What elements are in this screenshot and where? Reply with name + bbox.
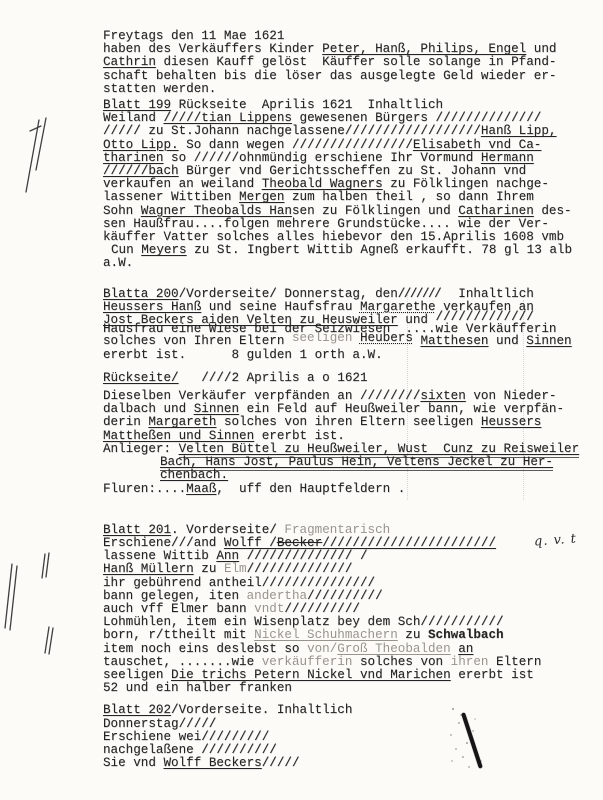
blatt-201-vorderseite: Blatt 201. Vorderseite/ FragmentarischEr…: [103, 524, 600, 696]
text-segment: seeligen: [292, 331, 360, 345]
text-segment: Otto Lipp.: [103, 138, 179, 152]
text-line: Cun Meyers zu St. Ingbert Wittib Agneß e…: [111, 244, 600, 257]
text-segment: Groß Theobalden: [337, 642, 450, 656]
text-segment: Fluren:....: [103, 482, 186, 496]
document-text: Freytags den 11 Mae 1621haben des Verkäu…: [103, 30, 600, 770]
text-segment: Margareth: [148, 415, 216, 429]
text-segment: Schwalbach: [428, 628, 504, 642]
blatt-202-vorderseite: Blatt 202/Vorderseite. InhaltlichDonners…: [103, 704, 600, 770]
text-segment: Weiland: [103, 111, 163, 125]
text-segment: tauschet, .......wie: [103, 655, 262, 669]
text-segment: Wolff Beckers: [163, 756, 261, 770]
text-segment: zu: [398, 628, 428, 642]
text-segment: Die trichs Petern Nickel vnd Marichen: [171, 668, 451, 682]
text-segment: //////////: [284, 602, 360, 616]
text-segment: sen Haußfrau....folgen mehrere Grundstüc…: [103, 217, 549, 231]
blatt-199-rueckseite: Blatt 199 Rückseite Aprilis 1621 Inhaltl…: [103, 99, 600, 271]
text-segment: Catharinen: [458, 204, 534, 218]
text-segment: Eltern: [488, 655, 541, 669]
text-segment: lassene Wittib: [103, 549, 216, 563]
text-segment: /////tian Lippens: [163, 111, 291, 125]
text-segment: nachgelaßene //////////: [103, 743, 277, 757]
text-segment: Wagner Theobalds Han: [141, 204, 292, 218]
text-segment: zu: [194, 562, 224, 576]
text-segment: und: [488, 334, 526, 348]
text-line: ererbt ist. 8 gulden 1 orth a.W.: [103, 349, 600, 362]
text-segment: /////////////: [436, 310, 534, 324]
text-segment: /////: [262, 756, 300, 770]
text-segment: Sinnen: [526, 334, 571, 348]
text-segment: andertha: [247, 589, 307, 603]
text-segment: ihr gebührend antheil///////////////: [103, 576, 375, 590]
text-segment: Rückseite/: [103, 371, 179, 385]
text-segment: Hanß Müllern: [103, 562, 194, 576]
text-segment: derin: [103, 415, 148, 429]
text-segment: statten werden.: [103, 82, 216, 96]
text-segment: Wolff /: [224, 536, 277, 550]
text-segment: born, r/ttheilt mit: [103, 628, 254, 642]
text-segment: dalbach und: [103, 402, 194, 416]
text-segment: ////////////// /: [239, 549, 367, 563]
text-segment: . Vorderseite/: [171, 523, 284, 537]
text-segment: item noch eins deslebst so: [103, 642, 307, 656]
text-segment: Elm: [224, 562, 247, 576]
text-segment: /Vorderseite. Inhaltlich: [171, 703, 352, 717]
text-segment: zum halben theil , so dann Ihrem: [284, 190, 533, 204]
text-segment: seeligen: [103, 668, 171, 682]
scanned-document-page: Freytags den 11 Mae 1621haben des Verkäu…: [0, 0, 603, 800]
text-segment: haben des Verkäuffers Kinder: [103, 42, 322, 56]
text-segment: zu Fölklingen nachge-: [383, 177, 549, 191]
text-segment: //////////////: [247, 562, 353, 576]
text-segment: Hanß Lipp,: [481, 124, 557, 138]
text-segment: Sinnen: [194, 402, 239, 416]
text-segment: Dieselben Verkäufer verpfänden an //////…: [103, 389, 420, 403]
text-segment: Nickel Schuhmachern: [254, 628, 398, 642]
text-segment: Inhaltlich: [443, 287, 534, 301]
text-segment: zu St. Ingbert Wittib Agneß erkaufft. 78…: [187, 243, 572, 257]
text-segment: Mattheßen und Sinnen: [103, 429, 254, 443]
text-segment: Freytags den 11 Mae 1621: [103, 29, 284, 43]
text-segment: Erschiene///and: [103, 536, 224, 550]
text-segment: lassener Wittiben: [103, 190, 239, 204]
scan-artifact-line: [407, 295, 408, 500]
text-segment: Anlieger:: [103, 442, 179, 456]
text-segment: Margarethe: [360, 300, 436, 314]
text-line: 52 und ein halber franken: [103, 682, 600, 695]
text-segment: Peter, Hanß, Philips, Engel: [322, 42, 526, 56]
text-segment: so //////ohnmündig erschiene Ihr Vormund: [163, 151, 480, 165]
text-segment: Heussers Hanß: [103, 300, 201, 314]
text-segment: Meyers: [141, 243, 186, 257]
text-segment: und: [526, 42, 556, 56]
text-segment: Heussers: [481, 415, 541, 429]
text-segment: ein Feld auf Heußweiler bann, wie verpfä…: [239, 402, 564, 416]
text-segment: Blatt 202: [103, 703, 171, 717]
entry-freytag-11-mae-1621: Freytags den 11 Mae 1621haben des Verkäu…: [103, 30, 600, 96]
text-segment: Blatt 201: [103, 523, 171, 537]
text-segment: Hermann: [481, 151, 534, 165]
text-segment: , uff den Hauptfeldern .: [216, 482, 405, 496]
text-segment: Matthesen: [420, 334, 488, 348]
text-segment: ererbt ist.: [254, 429, 345, 443]
text-segment: Sohn: [103, 204, 141, 218]
text-segment: des-: [534, 204, 572, 218]
text-segment: ///////////////////////: [322, 536, 496, 550]
text-segment: Donnerstag/////: [103, 717, 216, 731]
text-segment: ///// zu St.Johann nachgelassene////////…: [103, 124, 481, 138]
text-segment: bann gelegen, iten: [103, 589, 247, 603]
handwritten-note: q. v. t: [534, 533, 578, 549]
text-segment: //////////: [307, 589, 383, 603]
text-segment: von/: [307, 642, 337, 656]
text-segment: vndt: [254, 602, 284, 616]
text-segment: Lohmühlen, item ein Wisenplatz bey dem S…: [103, 615, 504, 629]
text-segment: //////////////: [436, 111, 542, 125]
text-segment: ////////////////: [292, 138, 413, 152]
text-segment: sixten: [420, 389, 465, 403]
text-segment: solches von Ihren Eltern: [103, 334, 292, 348]
text-segment: chenbach.: [160, 468, 228, 482]
text-segment: auch vff Elmer bann: [103, 602, 254, 616]
text-line: statten werden.: [103, 83, 600, 96]
text-segment: Bürger vnd Gerichtsscheffen zu St. Johan…: [179, 164, 527, 178]
text-segment: /Vorderseite/ Donnerstag, den: [179, 287, 398, 301]
blatt-200-rueckseite: Rückseite/ ////2 Aprilis a o 1621Dieselb…: [103, 372, 600, 496]
text-segment: ///////: [398, 287, 440, 301]
text-segment: käuffer Vatter solches alles hiebevor de…: [103, 230, 564, 244]
text-segment: 52 und ein halber franken: [103, 681, 292, 695]
text-line: Sie vnd Wolff Beckers/////: [103, 757, 600, 770]
text-segment: Maaß: [186, 482, 216, 496]
text-segment: Heubers: [360, 331, 413, 345]
text-line: a.W.: [103, 257, 600, 270]
scan-artifact-line: [523, 300, 524, 500]
text-segment: So dann wegen: [179, 138, 292, 152]
text-segment: Mergen: [239, 190, 284, 204]
text-segment: //////bach: [103, 164, 179, 178]
text-segment: Cun: [111, 243, 141, 257]
text-segment: ererbt ist: [451, 668, 534, 682]
text-segment: a.W.: [103, 256, 133, 270]
text-line: Fluren:....Maaß, uff den Hauptfeldern .: [103, 483, 600, 496]
text-segment: schaft behalten bis die löser das ausgel…: [103, 69, 556, 83]
text-segment: Erschiene wei/////////: [103, 730, 269, 744]
text-segment: verkaufen an weiland: [103, 177, 262, 191]
text-segment: tharinen: [103, 151, 163, 165]
text-segment: von Nieder-: [466, 389, 557, 403]
text-segment: sen zu Fölklingen und: [292, 204, 458, 218]
text-segment: solches von: [352, 655, 450, 669]
text-line: Rückseite/ ////2 Aprilis a o 1621: [103, 372, 600, 385]
text-segment: an: [458, 642, 473, 656]
text-segment: Elisabeth vnd Ca-: [413, 138, 541, 152]
text-segment: gewesenen Bürgers: [292, 111, 436, 125]
text-segment: Rückseite Aprilis 1621 Inhaltlich: [171, 98, 443, 112]
text-segment: diesen Kauff gelöst Käuffer solle solang…: [156, 55, 557, 69]
text-segment: ererbt ist. 8 gulden 1 orth a.W.: [103, 348, 383, 362]
text-segment: ihren: [451, 655, 489, 669]
text-segment: Theobald Wagners: [262, 177, 383, 191]
text-segment: Ann: [216, 549, 239, 563]
blatta-200-vorderseite: Blatta 200/Vorderseite/ Donnerstag, den/…: [103, 288, 600, 362]
text-segment: Blatta 200: [103, 287, 179, 301]
text-segment: und seine Haufsfrau: [201, 300, 360, 314]
text-segment: Cathrin: [103, 55, 156, 69]
text-segment: Fragmentarisch: [284, 523, 390, 537]
ink-blot-speckles: [452, 708, 454, 710]
text-segment: Becker: [277, 536, 322, 550]
text-segment: Sie vnd: [103, 756, 163, 770]
text-segment: verkäufferin: [262, 655, 353, 669]
text-segment: Blatt 199: [103, 98, 171, 112]
text-segment: solches von ihren Eltern seeligen: [216, 415, 481, 429]
text-segment: ////2 Aprilis a o 1621: [179, 371, 368, 385]
